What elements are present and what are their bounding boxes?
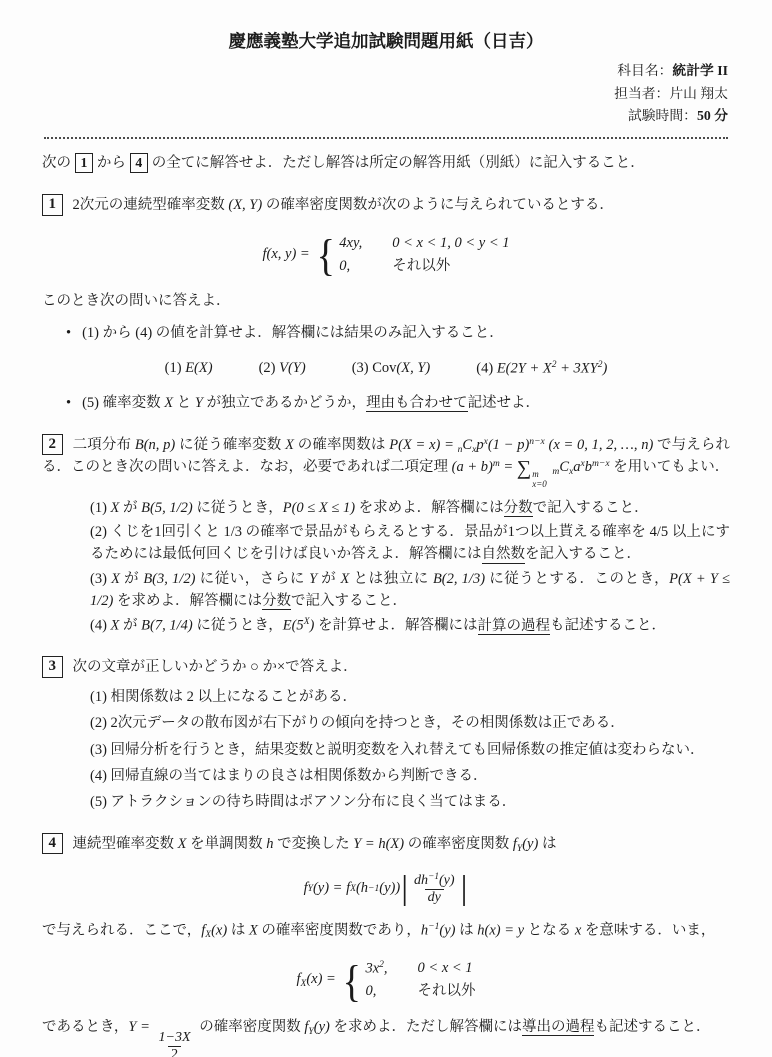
dotted-divider [44,137,728,139]
section-number-box: 4 [42,833,63,855]
case-condition: それ以外 [418,981,476,1003]
formula-body: fY(y) = fX(h−1(y))|dh−1(y)dy| [304,872,469,906]
answer-items-row: (1) E(X) (2) V(Y) (3) Cov(X, Y) (4) E(2Y… [42,358,730,380]
question-item: (5) アトラクションの待ち時間はポアソン分布に良く当てはまる． [90,792,730,814]
meta-subject-label: 科目名： [617,63,672,78]
meta-subject: 科目名：統計学 II [42,60,728,82]
section-4-mid-text: で与えられる．ここで，fX(x) は X の確率密度関数であり，h−1(y) は… [42,920,730,942]
case-condition: それ以外 [392,256,509,278]
section-3-questions: (1) 相関係数は 2 以上になることがある． (2) 2次元データの散布図が右… [90,687,730,814]
section-4-heading: 4連続型確率変数 X を単調関数 h で変換した Y = h(X) の確率密度関… [42,834,730,856]
answer-item-3: (3) Cov(X, Y) [352,358,431,380]
meta-instructor: 担当者：片山 翔太 [42,83,728,105]
meta-instructor-value: 片山 翔太 [669,86,728,101]
bullet-item: • (5) 確率変数 X と Y が独立であるかどうか，理由も合わせて記述せよ． [66,393,730,415]
case-condition: 0 < x < 1, 0 < y < 1 [392,233,509,255]
header-meta: 科目名：統計学 II 担当者：片山 翔太 試験時間：50 分 [42,60,728,127]
section-4: 4連続型確率変数 X を単調関数 h で変換した Y = h(X) の確率密度関… [42,834,730,1057]
case-condition: 0 < x < 1 [418,958,476,980]
exam-paper: 慶應義塾大学追加試験問題用紙（日吉） 科目名：統計学 II 担当者：片山 翔太 … [0,0,772,1057]
section-3-heading: 3次の文章が正しいかどうか ○ か×で答えよ． [42,657,730,679]
page-title: 慶應義塾大学追加試験問題用紙（日吉） [42,28,730,54]
transformation-formula: fY(y) = fX(h−1(y))|dh−1(y)dy| [42,872,730,906]
section-3-heading-text: 次の文章が正しいかどうか ○ か×で答えよ． [73,659,358,675]
bullet-item: • (1) から (4) の値を計算せよ．解答欄には結果のみ記入すること． [66,323,730,345]
cases-expression: { 4xy,0 < x < 1, 0 < y < 1 0,それ以外 [310,233,510,278]
question-item: (3) X が B(3, 1/2) に従い，さらに Y が X とは独立に B(… [90,569,730,613]
section-2-heading-text: 二項分布 B(n, p) に従う確率変数 X の確率関数は P(X = x) =… [42,437,730,475]
question-item: (2) 2次元データの散布図が右下がりの傾向を持つとき，その相関係数は正である． [90,713,730,735]
answer-item-4: (4) E(2Y + X2 + 3XY2) [476,358,607,380]
question-item: (4) 回帰直線の当てはまりの良さは相関係数から判断できる． [90,766,730,788]
bullet-text: (5) 確率変数 X と Y が独立であるかどうか，理由も合わせて記述せよ． [82,393,540,415]
section-4-final-text: であるとき，Y = 1−3X2 の確率密度関数 fY(y) を求めよ．ただし解答… [42,1017,730,1057]
answer-item-2: (2) V(Y) [259,358,306,380]
meta-duration: 試験時間：50 分 [42,105,728,127]
section-1-heading: 12次元の連続型確率変数 (X, Y) の確率密度関数が次のように与えられている… [42,195,730,217]
section-number-box: 2 [42,434,63,456]
section-1-lead: このとき次の問いに答えよ． [42,291,730,313]
cases-expression: { 3x2,0 < x < 1 0,それ以外 [336,958,476,1003]
case-value: 4xy, [339,233,362,255]
meta-duration-label: 試験時間： [628,108,697,123]
question-item: (3) 回帰分析を行うとき，結果変数と説明変数を入れ替えても回帰係数の推定値は変… [90,740,730,762]
answer-item-1: (1) E(X) [165,358,213,380]
meta-subject-value: 統計学 II [672,63,728,78]
meta-instructor-label: 担当者： [614,86,669,101]
case-value: 0, [339,256,362,278]
formula-lhs: f(x, y) = [262,244,309,266]
bullet-text: (1) から (4) の値を計算せよ．解答欄には結果のみ記入すること． [82,323,504,345]
density-formula: fX(x) = { 3x2,0 < x < 1 0,それ以外 [42,958,730,1003]
section-1-heading-text: 2次元の連続型確率変数 (X, Y) の確率密度関数が次のように与えられていると… [73,197,614,213]
question-item: (1) 相関係数は 2 以上になることがある． [90,687,730,709]
question-item: (2) くじを1回引くと 1/3 の確率で景品がもらえるとする．景品が1つ以上貰… [90,522,730,566]
question-item: (1) X が B(5, 1/2) に従うとき，P(0 ≤ X ≤ 1) を求め… [90,498,730,520]
bullet-icon: • [66,393,71,415]
joint-pdf-formula: f(x, y) = { 4xy,0 < x < 1, 0 < y < 1 0,そ… [42,233,730,278]
formula-lhs: fX(x) = [296,969,335,991]
meta-duration-value: 50 分 [697,108,728,123]
section-number-box: 3 [42,656,63,678]
question-item: (4) X が B(7, 1/4) に従うとき，E(5X) を計算せよ．解答欄に… [90,615,730,637]
bullet-icon: • [66,323,71,345]
section-2: 2二項分布 B(n, p) に従う確率変数 X の確率関数は P(X = x) … [42,435,730,638]
section-4-heading-text: 連続型確率変数 X を単調関数 h で変換した Y = h(X) の確率密度関数… [73,836,557,852]
section-1: 12次元の連続型確率変数 (X, Y) の確率密度関数が次のように与えられている… [42,195,730,415]
section-2-questions: (1) X が B(5, 1/2) に従うとき，P(0 ≤ X ≤ 1) を求め… [90,498,730,638]
case-value: 0, [365,981,387,1003]
intro-note: 次の1から4の全てに解答せよ．ただし解答は所定の解答用紙（別紙）に記入すること． [42,153,730,175]
section-3: 3次の文章が正しいかどうか ○ か×で答えよ． (1) 相関係数は 2 以上にな… [42,657,730,814]
section-2-heading: 2二項分布 B(n, p) に従う確率変数 X の確率関数は P(X = x) … [42,435,730,490]
case-value: 3x2, [365,958,387,980]
section-number-box: 1 [42,194,63,216]
